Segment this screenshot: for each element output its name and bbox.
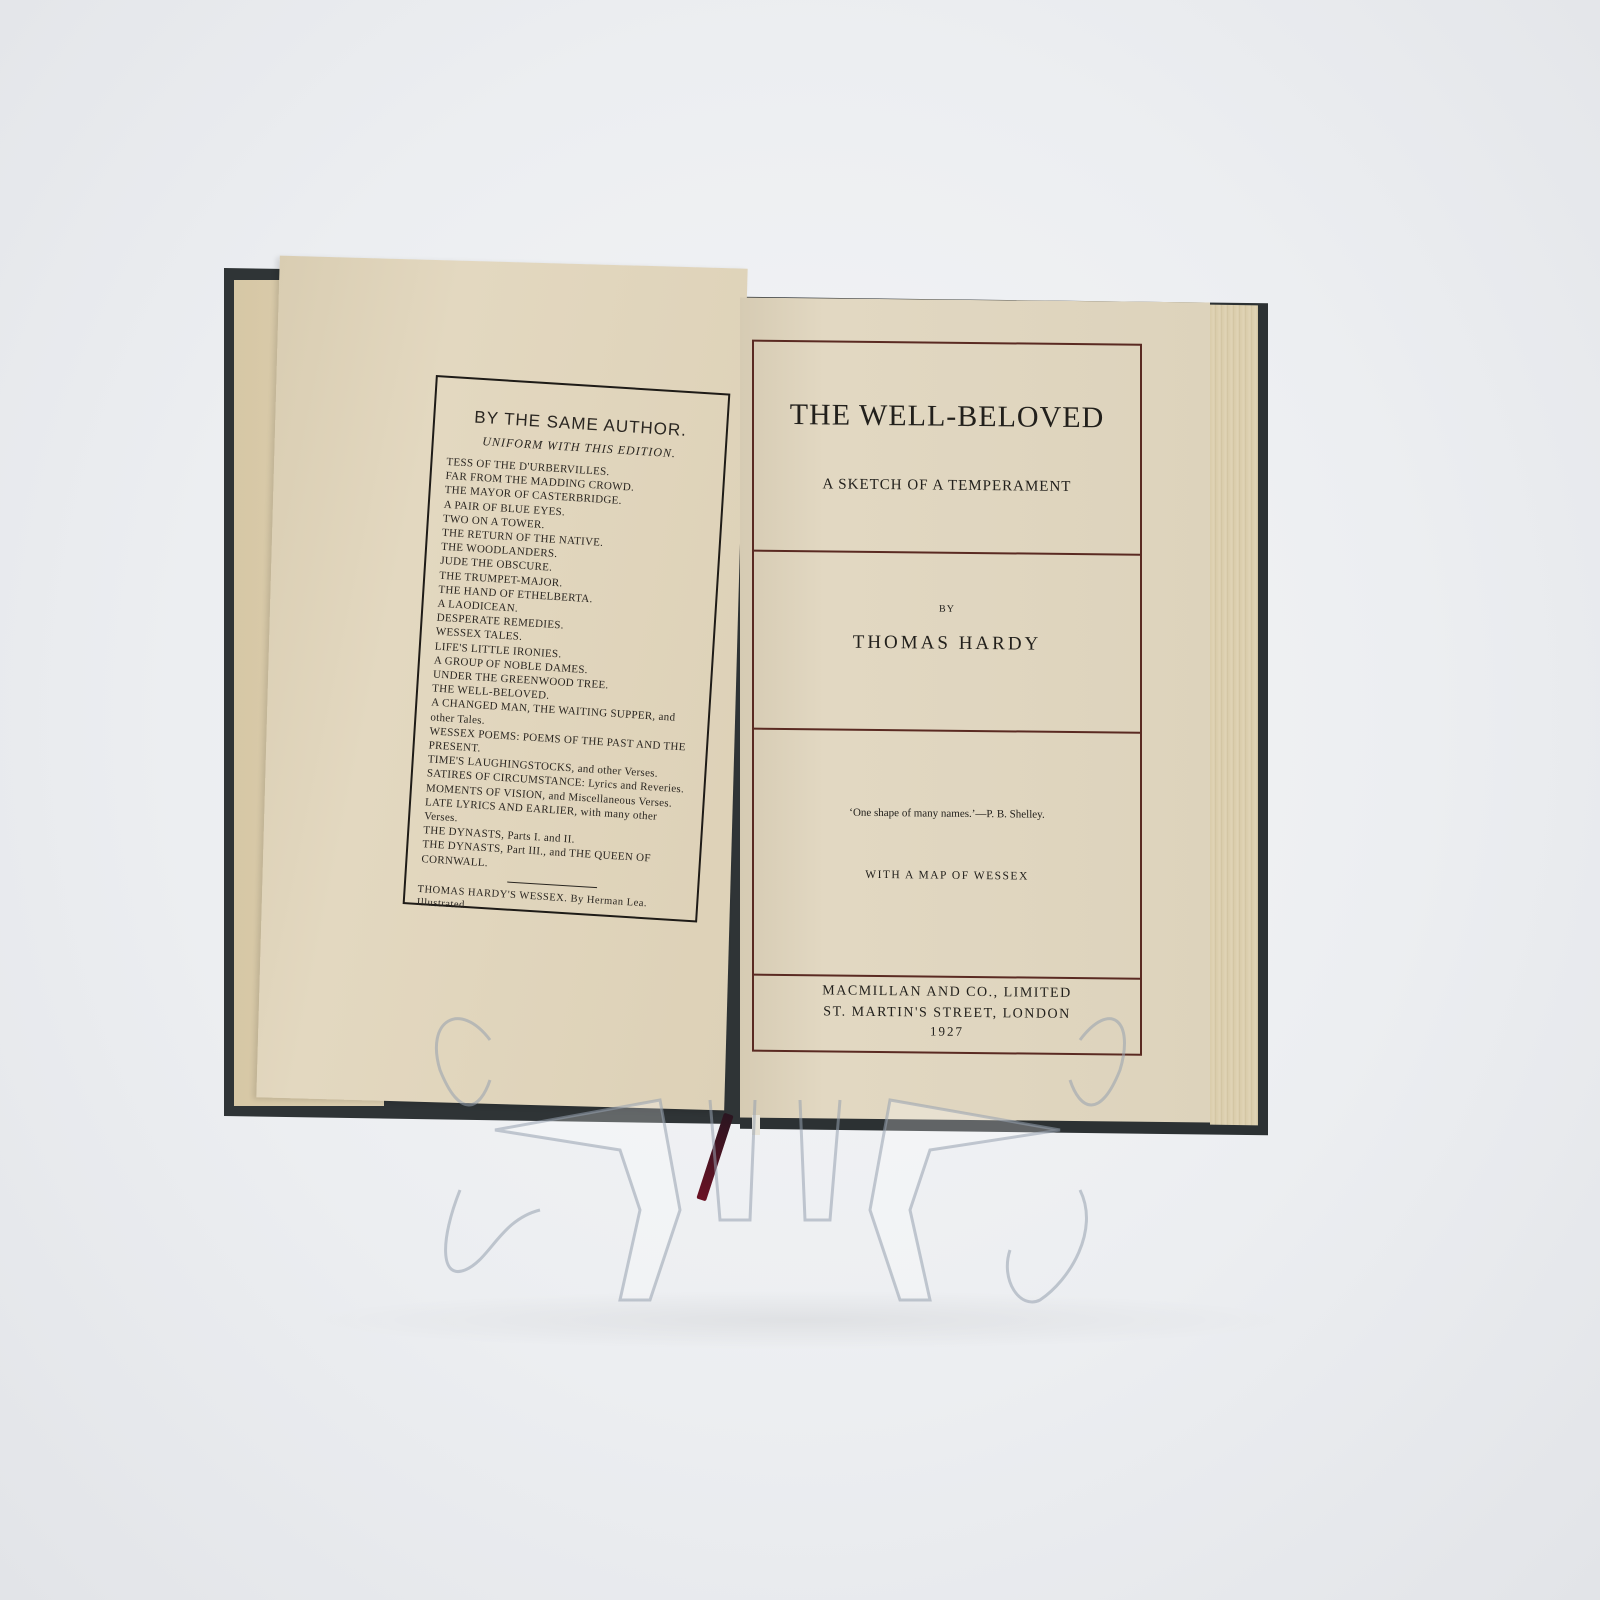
title-page-frame: THE WELL-BELOVED A SKETCH OF A TEMPERAME… [752,340,1142,1056]
publisher-section: MACMILLAN AND CO., LIMITED ST. MARTIN'S … [754,974,1140,1054]
publication-year: 1927 [754,1022,1140,1042]
epigraph-section: ‘One shape of many names.’—P. B. Shelley… [754,728,1140,980]
title-section: THE WELL-BELOVED A SKETCH OF A TEMPERAME… [754,342,1140,556]
book-title: THE WELL-BELOVED [754,398,1140,436]
photo-scene: BY THE SAME AUTHOR. UNIFORM WITH THIS ED… [0,0,1600,1600]
stand-shadow [300,1290,1300,1350]
title-page: THE WELL-BELOVED A SKETCH OF A TEMPERAME… [740,298,1210,1123]
ribbon-bookmark-light [752,1115,760,1135]
divider [507,881,597,888]
author-name: THOMAS HARDY [754,631,1140,657]
book-subtitle: A SKETCH OF A TEMPERAMENT [754,476,1140,497]
titles-list: TESS OF THE D'URBERVILLES. FAR FROM THE … [419,455,711,883]
left-page: BY THE SAME AUTHOR. UNIFORM WITH THIS ED… [256,256,747,1111]
by-label: BY [754,602,1140,617]
map-note: WITH A MAP OF WESSEX [754,868,1140,884]
page-edges [1210,305,1258,1126]
same-author-list-box: BY THE SAME AUTHOR. UNIFORM WITH THIS ED… [403,375,731,922]
list-footer: THOMAS HARDY'S WESSEX. By Herman Lea. Il… [416,883,684,926]
author-section: BY THOMAS HARDY [754,550,1140,734]
ribbon-bookmark [696,1113,733,1202]
epigraph: ‘One shape of many names.’—P. B. Shelley… [754,806,1140,822]
